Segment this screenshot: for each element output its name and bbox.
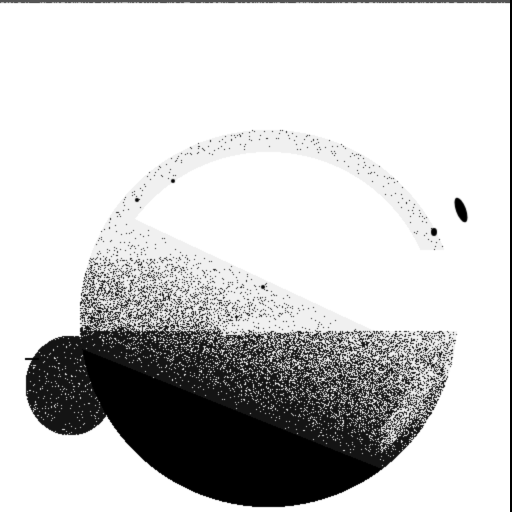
sphere-photo [0,0,512,512]
top-border [0,0,512,2]
